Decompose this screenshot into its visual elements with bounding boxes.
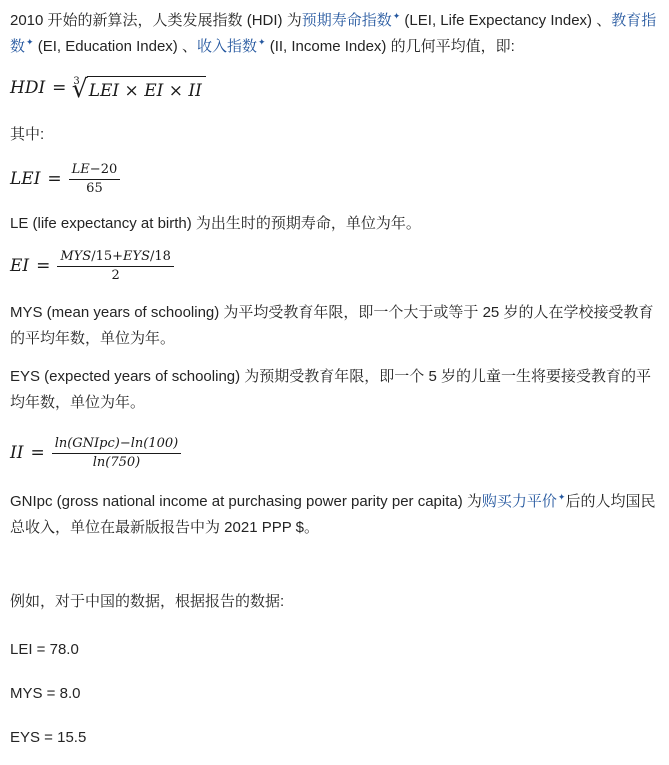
link-purchasing-power-parity[interactable]: 购买力平价✦: [482, 493, 566, 510]
gnipc-definition: GNIpc (gross national income at purchasi…: [10, 489, 661, 541]
intro-text-1: 2010 开始的新算法，人类发展指数 (HDI) 为: [10, 12, 302, 29]
fraction-denominator: 2: [112, 267, 120, 284]
document: 2010 开始的新算法，人类发展指数 (HDI) 为预期寿命指数✦ (LEI, …: [0, 0, 669, 751]
qizhong-label: 其中:: [10, 122, 661, 148]
fraction-denominator: 65: [86, 180, 103, 197]
le-definition: LE (life expectancy at birth) 为出生时的预期寿命，…: [10, 211, 661, 237]
intro-text-3: (EI, Education Index) 、: [34, 38, 197, 55]
intro-text-4: (II, Income Index) 的几何平均值，即:: [266, 38, 515, 55]
external-link-star-icon: ✦: [258, 37, 266, 47]
equals-sign: =: [52, 78, 66, 99]
cube-root: 3√LEI × EI × II: [73, 76, 205, 102]
link-income-index-label: 收入指数: [197, 38, 257, 55]
formula-hdi: HDI = 3√LEI × EI × II: [10, 76, 661, 102]
formula-ei: EI = MYS/15+EYS/18 2: [10, 249, 661, 284]
fraction-denominator: ln(750): [93, 454, 141, 471]
example-value-mys: MYS = 8.0: [10, 681, 661, 707]
example-value-lei: LEI = 78.0: [10, 637, 661, 663]
numerator-variable-mys: MYS: [60, 249, 91, 264]
link-life-expectancy-index-label: 预期寿命指数: [302, 12, 392, 29]
numerator-constant: −20: [90, 162, 117, 177]
fraction: MYS/15+EYS/18 2: [57, 249, 174, 284]
external-link-star-icon: ✦: [26, 37, 34, 47]
formula-ii: II = ln(GNIpc)−ln(100) ln(750): [10, 436, 661, 471]
link-life-expectancy-index[interactable]: 预期寿命指数✦: [302, 12, 401, 29]
formula-hdi-lhs: HDI: [10, 78, 45, 99]
gnipc-text-1: GNIpc (gross national income at purchasi…: [10, 493, 482, 510]
link-purchasing-power-parity-label: 购买力平价: [482, 493, 557, 510]
equals-sign: =: [36, 256, 50, 277]
equals-sign: =: [47, 169, 61, 190]
mys-definition: MYS (mean years of schooling) 为平均受教育年限，即…: [10, 300, 661, 352]
formula-lei-lhs: LEI: [10, 169, 40, 190]
intro-paragraph: 2010 开始的新算法，人类发展指数 (HDI) 为预期寿命指数✦ (LEI, …: [10, 8, 661, 60]
formula-ii-lhs: II: [10, 443, 23, 464]
equals-sign: =: [30, 443, 44, 464]
numerator-constant: /18: [150, 249, 171, 264]
example-value-eys: EYS = 15.5: [10, 725, 661, 751]
fraction-numerator: LE−20: [69, 162, 121, 180]
numerator-operator: /15+: [91, 249, 123, 264]
eys-definition: EYS (expected years of schooling) 为预期受教育…: [10, 364, 661, 416]
numerator-variable: LE: [72, 162, 90, 177]
fraction: LE−20 65: [69, 162, 121, 197]
numerator-variable-eys: EYS: [123, 249, 150, 264]
root-index: 3: [73, 77, 79, 87]
fraction-numerator: ln(GNIpc)−ln(100): [52, 436, 182, 454]
formula-ei-lhs: EI: [10, 256, 29, 277]
formula-hdi-radicand: LEI × EI × II: [87, 76, 206, 102]
fraction-numerator: MYS/15+EYS/18: [57, 249, 174, 267]
intro-text-2: (LEI, Life Expectancy Index) 、: [400, 12, 611, 29]
fraction: ln(GNIpc)−ln(100) ln(750): [52, 436, 182, 471]
example-intro: 例如，对于中国的数据，根据报告的数据:: [10, 589, 661, 615]
link-income-index[interactable]: 收入指数✦: [197, 38, 266, 55]
formula-lei: LEI = LE−20 65: [10, 162, 661, 197]
